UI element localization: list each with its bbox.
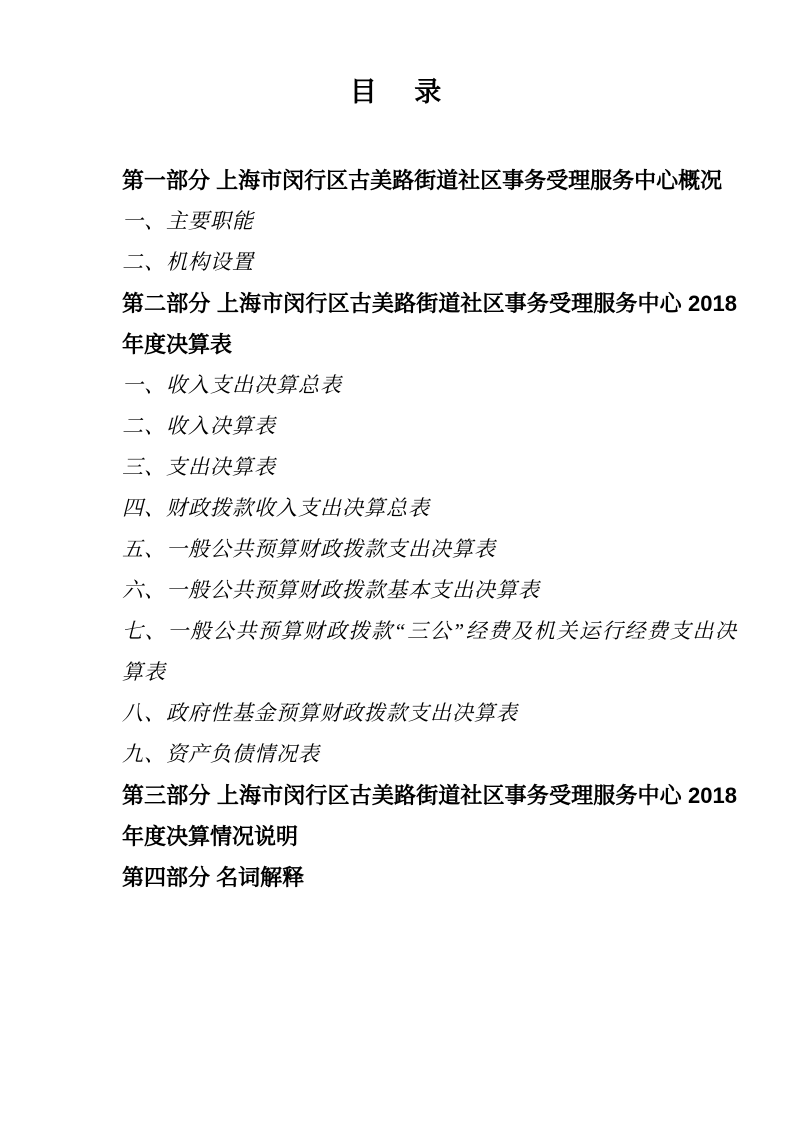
toc-item-public-budget-expense: 五、一般公共预算财政拨款支出决算表 <box>122 529 737 570</box>
toc-section-part3: 第三部分 上海市闵行区古美路街道社区事务受理服务中心 2018 年度决算情况说明 <box>122 775 737 857</box>
page-title: 目 录 <box>0 0 793 112</box>
toc-item-public-budget-basic-expense: 六、一般公共预算财政拨款基本支出决算表 <box>122 570 737 611</box>
toc-item-fiscal-summary: 四、财政拨款收入支出决算总表 <box>122 488 737 529</box>
toc-item-three-public-funds: 七、一般公共预算财政拨款“三公”经费及机关运行经费支出决算表 <box>122 611 737 693</box>
document-page: 目 录 第一部分 上海市闵行区古美路街道社区事务受理服务中心概况 一、主要职能 … <box>0 0 793 1122</box>
toc-item-main-functions: 一、主要职能 <box>122 201 737 242</box>
toc-item-income-table: 二、收入决算表 <box>122 406 737 447</box>
toc-item-income-expense-summary: 一、收入支出决算总表 <box>122 365 737 406</box>
table-of-contents: 第一部分 上海市闵行区古美路街道社区事务受理服务中心概况 一、主要职能 二、机构… <box>0 112 793 898</box>
toc-item-org-structure: 二、机构设置 <box>122 242 737 283</box>
toc-section-part1: 第一部分 上海市闵行区古美路街道社区事务受理服务中心概况 <box>122 160 737 201</box>
toc-section-part4: 第四部分 名词解释 <box>122 857 737 898</box>
toc-item-gov-fund-expense: 八、政府性基金预算财政拨款支出决算表 <box>122 693 737 734</box>
toc-item-expense-table: 三、支出决算表 <box>122 447 737 488</box>
toc-section-part2: 第二部分 上海市闵行区古美路街道社区事务受理服务中心 2018 年度决算表 <box>122 283 737 365</box>
toc-item-balance-sheet: 九、资产负债情况表 <box>122 734 737 775</box>
